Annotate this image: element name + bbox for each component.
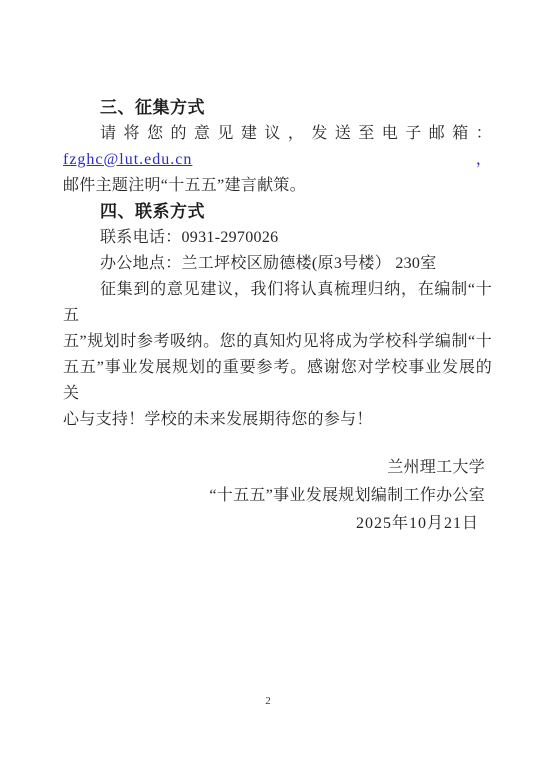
email-paragraph-line-2: 邮件主题注明“十五五”建言献策。 [63, 173, 492, 199]
document-content: 三、征集方式 请将您的意见建议，发送至电子邮箱：fzghc@lut.edu.cn… [63, 95, 492, 538]
signature-date: 2025年10月21日 [63, 510, 485, 538]
section-3-heading: 三、征集方式 [63, 95, 492, 121]
signature-office: “十五五”事业发展规划编制工作办公室 [63, 482, 485, 510]
closing-paragraph-line-4: 心与支持！学校的未来发展期待您的参与！ [63, 407, 492, 433]
section-4-heading: 四、联系方式 [63, 199, 492, 225]
email-paragraph-line-1: 请将您的意见建议，发送至电子邮箱：fzghc@lut.edu.cn， [63, 121, 492, 173]
closing-paragraph-line-1: 征集到的意见建议，我们将认真梳理归纳，在编制“十五 [63, 277, 492, 329]
signature-block: 兰州理工大学 “十五五”事业发展规划编制工作办公室 2025年10月21日 [63, 454, 485, 538]
document-page: 三、征集方式 请将您的意见建议，发送至电子邮箱：fzghc@lut.edu.cn… [0, 0, 546, 769]
closing-paragraph-line-2: 五”规划时参考吸纳。您的真知灼见将成为学校科学编制“十 [63, 329, 492, 355]
email-link[interactable]: fzghc@lut.edu.cn [63, 151, 192, 168]
contact-address-line: 办公地点：兰工坪校区励德楼(原3号楼） 230室 [63, 251, 492, 277]
page-number: 2 [0, 695, 546, 707]
closing-paragraph-line-3: 五五”事业发展规划的重要参考。感谢您对学校事业发展的关 [63, 355, 492, 407]
email-line-prefix: 请将您的意见建议，发送至电子邮箱： [100, 125, 492, 142]
email-line-suffix: ， [192, 151, 492, 168]
signature-organization: 兰州理工大学 [63, 454, 485, 482]
contact-phone-line: 联系电话：0931-2970026 [63, 225, 492, 251]
